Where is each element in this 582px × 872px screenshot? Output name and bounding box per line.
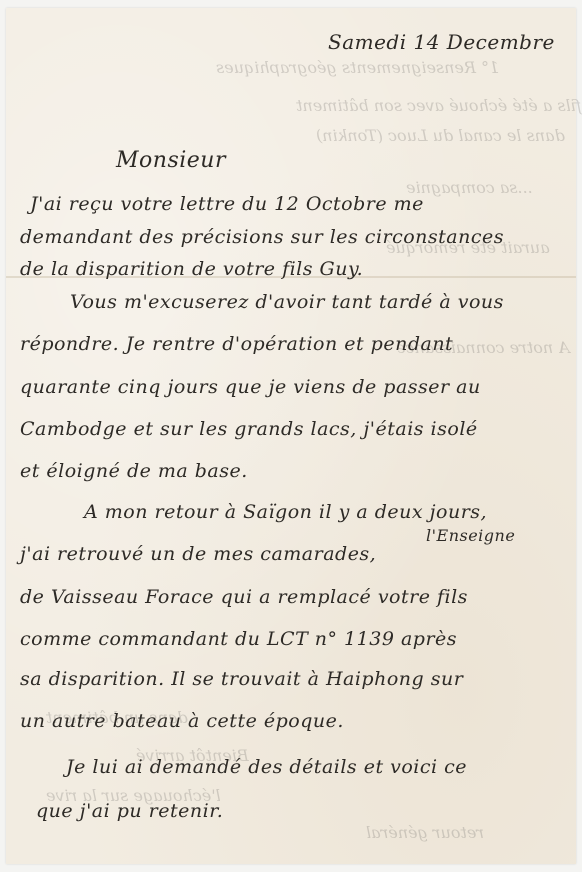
letter-line: un autre bateau à cette époque. bbox=[20, 710, 344, 732]
letter-page: 1° Renseignements géographiques Votre fi… bbox=[6, 8, 576, 864]
letter-line: j'ai retrouvé un de mes camarades, bbox=[20, 543, 376, 565]
letter-line: Vous m'excuserez d'avoir tant tardé à vo… bbox=[70, 291, 504, 313]
letter-line: J'ai reçu votre lettre du 12 Octobre me bbox=[30, 193, 424, 215]
letter-line: Je lui ai demandé des détails et voici c… bbox=[66, 756, 467, 778]
letter-line-insert: l'Enseigne bbox=[426, 526, 515, 545]
letter-line: Cambodge et sur les grands lacs, j'étais… bbox=[20, 418, 478, 440]
letter-salutation: Monsieur bbox=[116, 148, 226, 173]
bleed-through-line: ...sa compagnie bbox=[406, 178, 533, 197]
letter-line: et éloigné de ma base. bbox=[20, 460, 248, 482]
letter-line: quarante cinq jours que je viens de pass… bbox=[20, 376, 481, 398]
bleed-through-line: dans le canal du Luoc (Tonkin) bbox=[316, 126, 565, 145]
letter-line: A mon retour à Saïgon il y a deux jours, bbox=[84, 501, 487, 523]
letter-line: sa disparition. Il se trouvait à Haiphon… bbox=[20, 668, 463, 690]
letter-line: comme commandant du LCT n° 1139 après bbox=[20, 628, 457, 650]
letter-line: que j'ai pu retenir. bbox=[36, 800, 223, 822]
bleed-through-line: Votre fils a été échoué avec son bâtimen… bbox=[296, 96, 582, 115]
bleed-through-line: 1° Renseignements géographiques bbox=[216, 58, 499, 77]
letter-line: de la disparition de votre fils Guy. bbox=[20, 258, 363, 280]
bleed-through-line: retour général bbox=[366, 823, 484, 842]
letter-line: de Vaisseau Forace qui a remplacé votre … bbox=[20, 586, 468, 608]
letter-date: Samedi 14 Decembre bbox=[328, 30, 555, 54]
letter-line: demandant des précisions sur les circons… bbox=[20, 226, 504, 248]
letter-line: répondre. Je rentre d'opération et penda… bbox=[20, 333, 453, 355]
